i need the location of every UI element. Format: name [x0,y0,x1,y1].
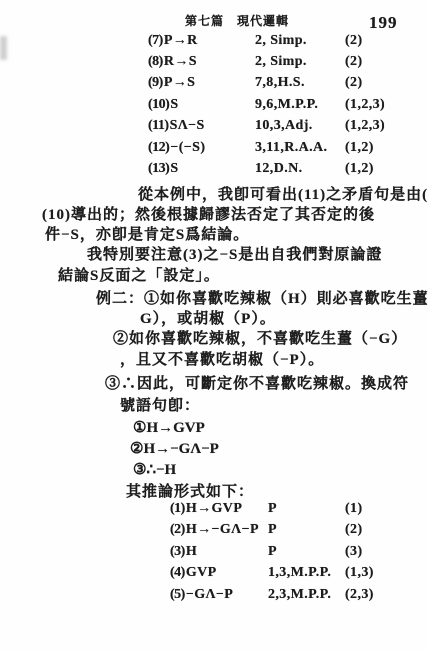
proof-row: (13)S 12,D.N. (1,2) [148,158,398,179]
proof-dependency: (1,2,3) [345,97,398,113]
proof-row: (7)P→R 2, Simp. (2) [148,30,398,51]
proof-formula: (9)P→S [148,75,255,91]
proof-dependency: (1) [345,501,396,517]
proof-formula: (1)H→GVP [170,501,268,517]
book-page: 第七篇 現代邏輯 199 (7)P→R 2, Simp. (2) (8)R→S … [0,0,428,652]
proof-formula: (13)S [148,161,255,177]
proof-dependency: (1,3) [345,565,396,581]
symbolic-premise: ②H→−GΛ−P [130,439,219,458]
proof-justification: 10,3,Adj. [255,118,345,134]
proof-dependency: (2) [345,522,396,538]
proof-table-upper: (7)P→R 2, Simp. (2) (8)R→S 2, Simp. (2) … [148,30,398,180]
symbolic-conclusion: ③∴−H [133,460,176,479]
proof-dependency: (2) [345,33,398,49]
proof-table-lower: (1)H→GVP P (1) (2)H→−GΛ−P P (2) (3)H P (… [170,498,396,606]
proof-formula: (3)H [170,544,268,560]
paragraph-line: (10)導出的；然後根據歸謬法否定了其否定的後 [42,203,375,224]
proof-row: (5)−GΛ−P 2,3,M.P.P. (2,3) [170,584,396,606]
proof-dependency: (2,3) [345,587,396,603]
proof-dependency: (2) [345,54,398,70]
proof-formula: (12)−(−S) [148,140,255,156]
example2-line: 例二：①如你喜歡吃辣椒（H）則必喜歡吃生薑（ [96,287,428,308]
proof-justification: P [268,522,345,538]
proof-dependency: (1,2) [345,161,398,177]
proof-row: (1)H→GVP P (1) [170,498,396,520]
proof-formula: (7)P→R [148,33,255,49]
proof-justification: P [268,544,345,560]
proof-row: (2)H→−GΛ−P P (2) [170,520,396,542]
proof-formula: (11)SΛ−S [148,118,255,134]
proof-dependency: (2) [345,75,398,91]
chapter-header: 第七篇 現代邏輯 [185,12,289,29]
scan-smudge [0,36,7,60]
proof-row: (12)−(−S) 3,11,R.A.A. (1,2) [148,137,398,158]
example2-line: G），或胡椒（P）。 [140,307,276,328]
proof-justification: 9,6,M.P.P. [255,97,345,113]
proof-formula: (4)GVP [170,565,268,581]
proof-dependency: (1,2,3) [345,118,398,134]
proof-dependency: (3) [345,544,396,560]
proof-justification: 3,11,R.A.A. [255,140,345,156]
proof-justification: 12,D.N. [255,161,345,177]
proof-justification: 1,3,M.P.P. [268,565,345,581]
proof-row: (4)GVP 1,3,M.P.P. (1,3) [170,563,396,585]
proof-justification: 7,8,H.S. [255,75,345,91]
proof-dependency: (1,2) [345,140,398,156]
proof-row: (9)P→S 7,8,H.S. (2) [148,73,398,94]
paragraph-line: 我特別要注意(3)之−S是出自我們對原論證 [87,243,382,264]
paragraph-line: 結論S反面之「設定」。 [58,264,220,285]
proof-justification: P [268,501,345,517]
example2-line: ②如你喜歡吃辣椒，不喜歡吃生薑（−G） [113,327,407,348]
proof-row: (10)S 9,6,M.P.P. (1,2,3) [148,94,398,115]
proof-row: (8)R→S 2, Simp. (2) [148,51,398,72]
proof-formula: (8)R→S [148,54,255,70]
proof-justification: 2,3,M.P.P. [268,587,345,603]
proof-justification: 2, Simp. [255,54,345,70]
paragraph-line: 件−S，亦卽是肯定S爲結論。 [45,223,249,244]
example2-line: ，且又不喜歡吃胡椒（−P）。 [120,348,324,369]
proof-formula: (5)−GΛ−P [170,587,268,603]
example2-line: 號語句卽： [120,394,200,415]
example2-line: ③∴因此，可斷定你不喜歡吃辣椒。換成符 [105,372,409,393]
paragraph-line: 從本例中，我卽可看出(11)之矛盾句是由(3)與 [138,183,428,204]
proof-formula: (10)S [148,97,255,113]
proof-formula: (2)H→−GΛ−P [170,522,268,538]
proof-justification: 2, Simp. [255,33,345,49]
symbolic-premise: ①H→GVP [133,418,205,437]
proof-row: (11)SΛ−S 10,3,Adj. (1,2,3) [148,116,398,137]
proof-row: (3)H P (3) [170,541,396,563]
